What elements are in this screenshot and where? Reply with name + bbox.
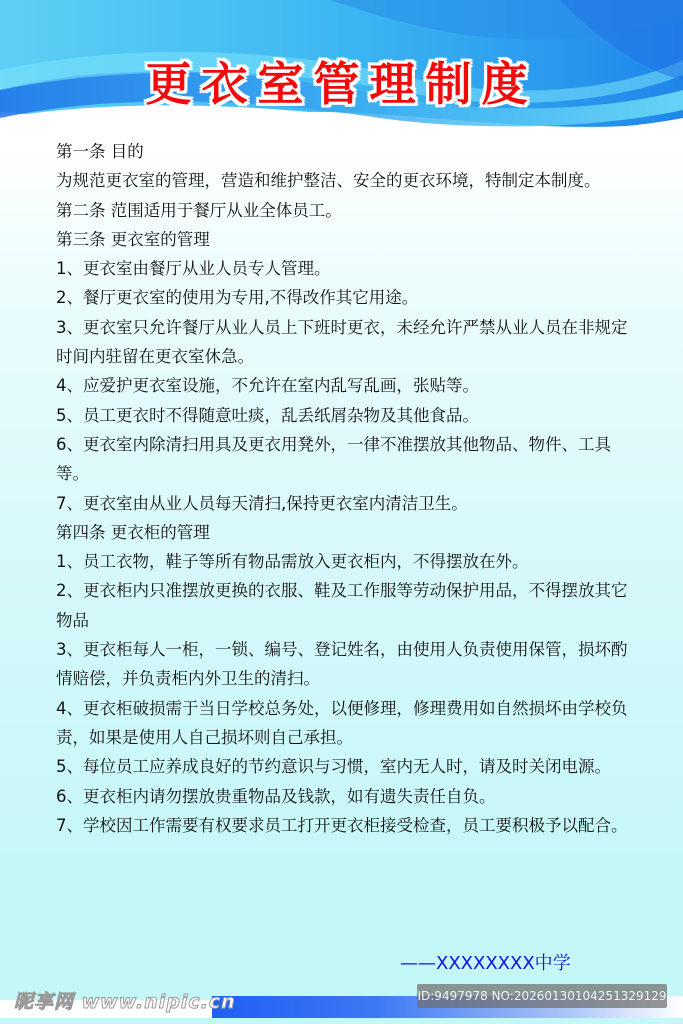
section-paragraph: 为规范更衣室的管理，营造和维护整洁、安全的更衣环境，特制定本制度。 [56, 166, 636, 195]
regulation-body: 第一条 目的 为规范更衣室的管理，营造和维护整洁、安全的更衣环境，特制定本制度。… [56, 137, 636, 840]
section-paragraph: 7、学校因工作需要有权要求员工打开更衣柜接受检查，员工要积极予以配合。 [56, 811, 636, 840]
section-paragraph: 6、更衣室内除清扫用具及更衣用凳外，一律不准摆放其他物品、物件、工具等。 [56, 430, 636, 489]
section-heading: 第三条 更衣室的管理 [56, 225, 636, 254]
section-paragraph: 6、更衣柜内请勿摆放贵重物品及钱款，如有遗失责任自负。 [56, 782, 636, 811]
section-paragraph: 1、更衣室由餐厅从业人员专人管理。 [56, 254, 636, 283]
section-paragraph: 7、更衣室由从业人员每天清扫,保持更衣室内清洁卫生。 [56, 489, 636, 518]
section-paragraph: 3、更衣室只允许餐厅从业人员上下班时更衣，未经允许严禁从业人员在非规定时间内驻留… [56, 313, 636, 372]
watermark-id-badge: ID:9497978 NO:20260130104251329129 [417, 984, 667, 1008]
section-heading: 第四条 更衣柜的管理 [56, 518, 636, 547]
page-title: 更衣室管理制度 [0, 52, 683, 116]
section-paragraph: 5、每位员工应养成良好的节约意识与习惯，室内无人时，请及时关闭电源。 [56, 752, 636, 781]
section-paragraph: 1、员工衣物，鞋子等所有物品需放入更衣柜内，不得摆放在外。 [56, 547, 636, 576]
watermark-logo: 昵享网 www.nipic.cn [14, 987, 236, 1014]
section-paragraph: 3、更衣柜每人一柜，一锁、编号、登记姓名，由使用人负责使用保管，损坏酌情赔偿，并… [56, 635, 636, 694]
section-paragraph: 5、员工更衣时不得随意吐痰，乱丢纸屑杂物及其他食品。 [56, 401, 636, 430]
section-paragraph: 4、更衣柜破损需于当日学校总务处，以便修理，修理费用如自然损坏由学校负责，如果是… [56, 694, 636, 753]
section-heading: 第二条 范围适用于餐厅从业全体员工。 [56, 196, 636, 225]
section-paragraph: 2、更衣柜内只准摆放更换的衣服、鞋及工作服等劳动保护用品，不得摆放其它物品 [56, 576, 636, 635]
signature: ——XXXXXXXX中学 [400, 951, 571, 977]
section-paragraph: 4、应爱护更衣室设施，不允许在室内乱写乱画，张贴等。 [56, 371, 636, 400]
section-heading: 第一条 目的 [56, 137, 636, 166]
section-paragraph: 2、餐厅更衣室的使用为专用,不得改作其它用途。 [56, 283, 636, 312]
